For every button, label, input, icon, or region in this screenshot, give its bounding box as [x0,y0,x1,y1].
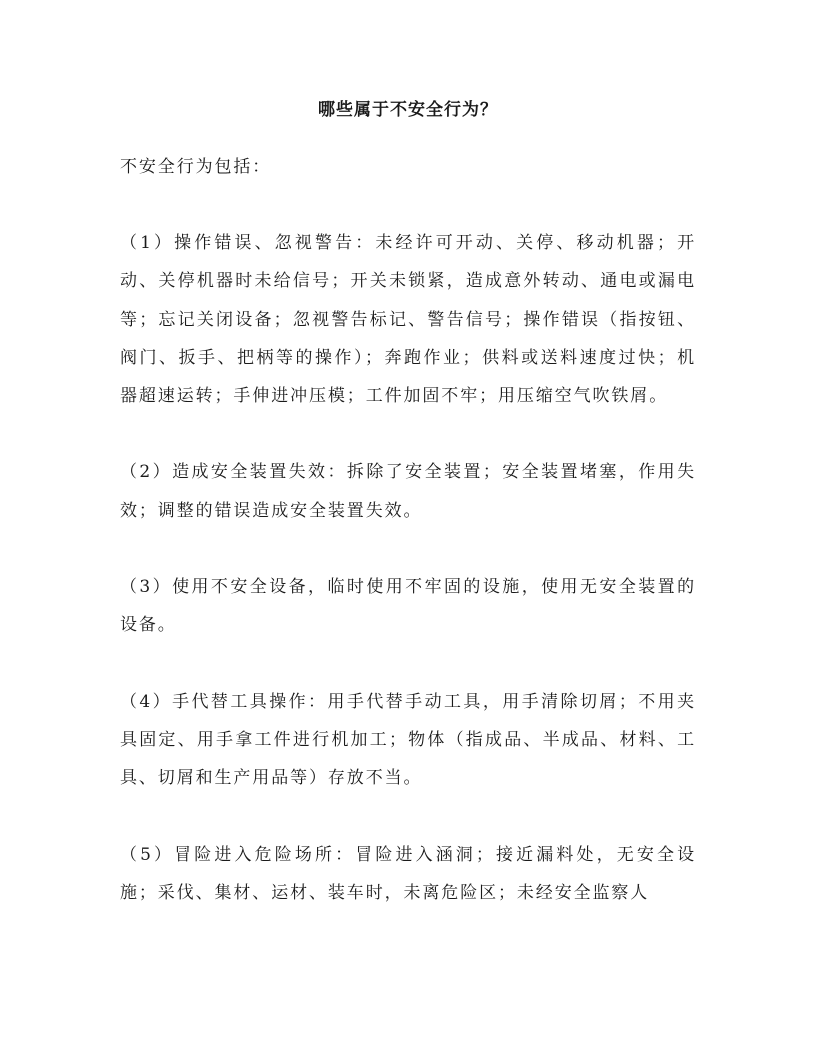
paragraph-2: （2）造成安全装置失效：拆除了安全装置；安全装置堵塞，作用失效；调整的错误造成安… [120,453,696,530]
paragraph-3: （3）使用不安全设备，临时使用不牢固的设施，使用无安全装置的设备。 [120,568,696,645]
paragraph-1: （1）操作错误、忽视警告：未经许可开动、关停、移动机器；开动、关停机器时未给信号… [120,224,696,415]
document-page: 哪些属于不安全行为？ 不安全行为包括： （1）操作错误、忽视警告：未经许可开动、… [120,96,696,912]
page-title: 哪些属于不安全行为？ [120,96,696,124]
intro-text: 不安全行为包括： [120,148,696,186]
paragraph-4: （4）手代替工具操作：用手代替手动工具，用手清除切屑；不用夹具固定、用手拿工件进… [120,683,696,798]
paragraph-5: （5）冒险进入危险场所：冒险进入涵洞；接近漏料处，无安全设施；采伐、集材、运材、… [120,836,696,913]
